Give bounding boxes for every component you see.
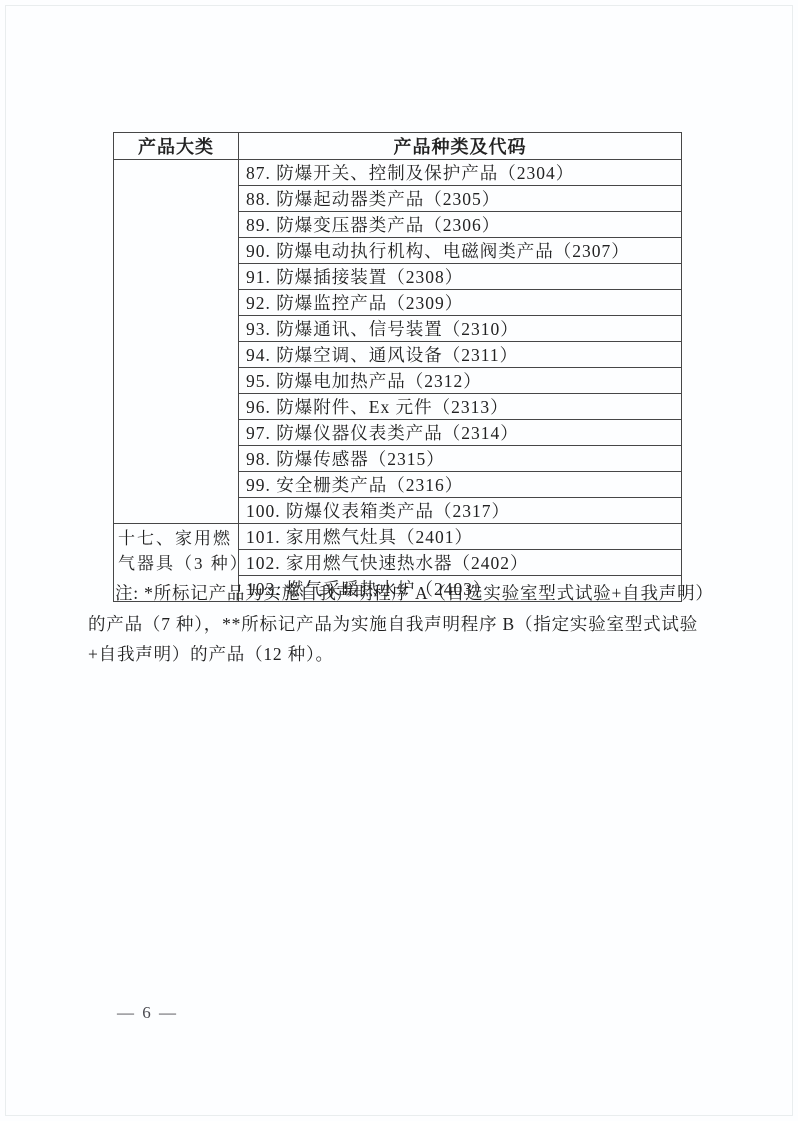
product-item-cell: 93. 防爆通讯、信号装置（2310） <box>239 316 682 342</box>
footnote-line: +自我声明）的产品（12 种）。 <box>88 639 748 670</box>
category-cell <box>114 160 239 524</box>
product-item-cell: 102. 家用燃气快速热水器（2402） <box>239 550 682 576</box>
product-item-cell: 98. 防爆传感器（2315） <box>239 446 682 472</box>
product-item-cell: 96. 防爆附件、Ex 元件（2313） <box>239 394 682 420</box>
product-item-cell: 89. 防爆变压器类产品（2306） <box>239 212 682 238</box>
header-cell-type-code: 产品种类及代码 <box>239 133 682 160</box>
product-item-cell: 91. 防爆插接装置（2308） <box>239 264 682 290</box>
product-item-cell: 87. 防爆开关、控制及保护产品（2304） <box>239 160 682 186</box>
product-item-cell: 97. 防爆仪器仪表类产品（2314） <box>239 420 682 446</box>
product-item-cell: 95. 防爆电加热产品（2312） <box>239 368 682 394</box>
document-page: 产品大类 产品种类及代码 87. 防爆开关、控制及保护产品（2304）88. 防… <box>0 0 798 1121</box>
product-item-cell: 99. 安全栅类产品（2316） <box>239 472 682 498</box>
product-item-cell: 88. 防爆起动器类产品（2305） <box>239 186 682 212</box>
header-cell-category: 产品大类 <box>114 133 239 160</box>
table-header-row: 产品大类 产品种类及代码 <box>114 133 682 160</box>
product-item-cell: 101. 家用燃气灶具（2401） <box>239 524 682 550</box>
product-table-body: 87. 防爆开关、控制及保护产品（2304）88. 防爆起动器类产品（2305）… <box>114 160 682 602</box>
footnote: 注: *所标记产品为实施自我声明程序 A（自选实验室型式试验+自我声明） 的产品… <box>88 578 748 670</box>
table-row: 十七、家用燃气器具（3 种）101. 家用燃气灶具（2401） <box>114 524 682 550</box>
footnote-line: 的产品（7 种），**所标记产品为实施自我声明程序 B（指定实验室型式试验 <box>88 609 748 640</box>
product-item-cell: 92. 防爆监控产品（2309） <box>239 290 682 316</box>
product-table: 产品大类 产品种类及代码 87. 防爆开关、控制及保护产品（2304）88. 防… <box>113 132 682 602</box>
product-item-cell: 94. 防爆空调、通风设备（2311） <box>239 342 682 368</box>
footnote-line: 注: *所标记产品为实施自我声明程序 A（自选实验室型式试验+自我声明） <box>88 578 748 609</box>
product-item-cell: 90. 防爆电动执行机构、电磁阀类产品（2307） <box>239 238 682 264</box>
page-number: — 6 — <box>117 1003 178 1023</box>
table-row: 87. 防爆开关、控制及保护产品（2304） <box>114 160 682 186</box>
product-item-cell: 100. 防爆仪表箱类产品（2317） <box>239 498 682 524</box>
